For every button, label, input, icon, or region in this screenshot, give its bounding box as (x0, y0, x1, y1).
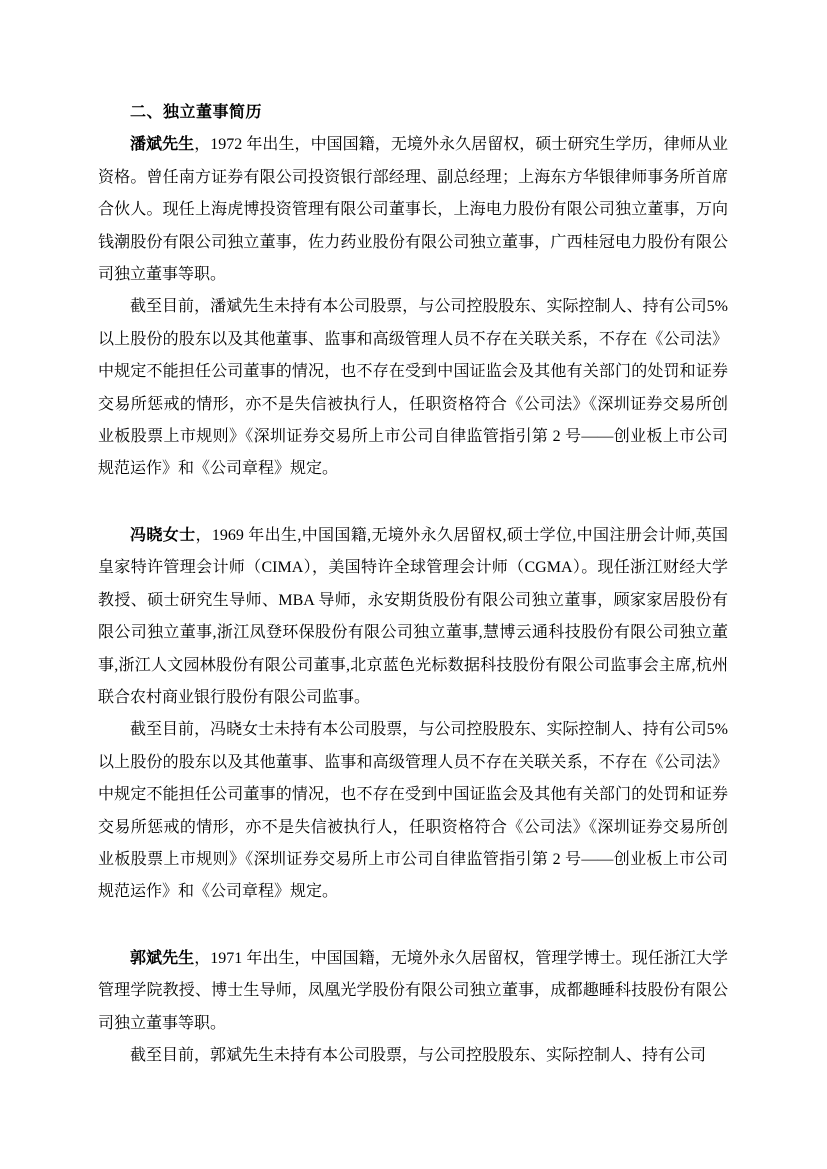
compliance-paragraph: 截至目前，冯晓女士未持有本公司股票，与公司控股股东、实际控制人、持有公司5%以上… (98, 714, 728, 908)
director-name: 潘斌先生 (130, 136, 194, 153)
director-section-guobin: 郭斌先生，1971 年出生，中国国籍，无境外永久居留权，管理学博士。现任浙江大学… (98, 943, 728, 1073)
compliance-paragraph: 截至目前，郭斌先生未持有本公司股票，与公司控股股东、实际控制人、持有公司 (98, 1040, 728, 1072)
director-name: 冯晓女士 (130, 527, 195, 544)
bio-paragraph: 冯晓女士，1969 年出生,中国国籍,无境外永久居留权,硕士学位,中国注册会计师… (98, 520, 728, 714)
compliance-paragraph: 截至目前，潘斌先生未持有本公司股票，与公司控股股东、实际控制人、持有公司5%以上… (98, 291, 728, 485)
document-page: 二、独立董事简历 潘斌先生，1972 年出生，中国国籍，无境外永久居留权，硕士研… (0, 0, 827, 1169)
director-name: 郭斌先生 (130, 950, 194, 967)
bio-text: ，1969 年出生,中国国籍,无境外永久居留权,硕士学位,中国注册会计师,英国皇… (98, 527, 728, 706)
director-section-panbin: 潘斌先生，1972 年出生，中国国籍，无境外永久居留权，硕士研究生学历，律师从业… (98, 129, 728, 485)
document-content: 二、独立董事简历 潘斌先生，1972 年出生，中国国籍，无境外永久居留权，硕士研… (98, 97, 728, 1072)
section-heading: 二、独立董事简历 (98, 97, 728, 129)
bio-paragraph: 郭斌先生，1971 年出生，中国国籍，无境外永久居留权，管理学博士。现任浙江大学… (98, 943, 728, 1040)
bio-paragraph: 潘斌先生，1972 年出生，中国国籍，无境外永久居留权，硕士研究生学历，律师从业… (98, 129, 728, 291)
director-section-fengxiao: 冯晓女士，1969 年出生,中国国籍,无境外永久居留权,硕士学位,中国注册会计师… (98, 520, 728, 909)
bio-text: ，1972 年出生，中国国籍，无境外永久居留权，硕士研究生学历，律师从业资格。曾… (98, 136, 728, 283)
